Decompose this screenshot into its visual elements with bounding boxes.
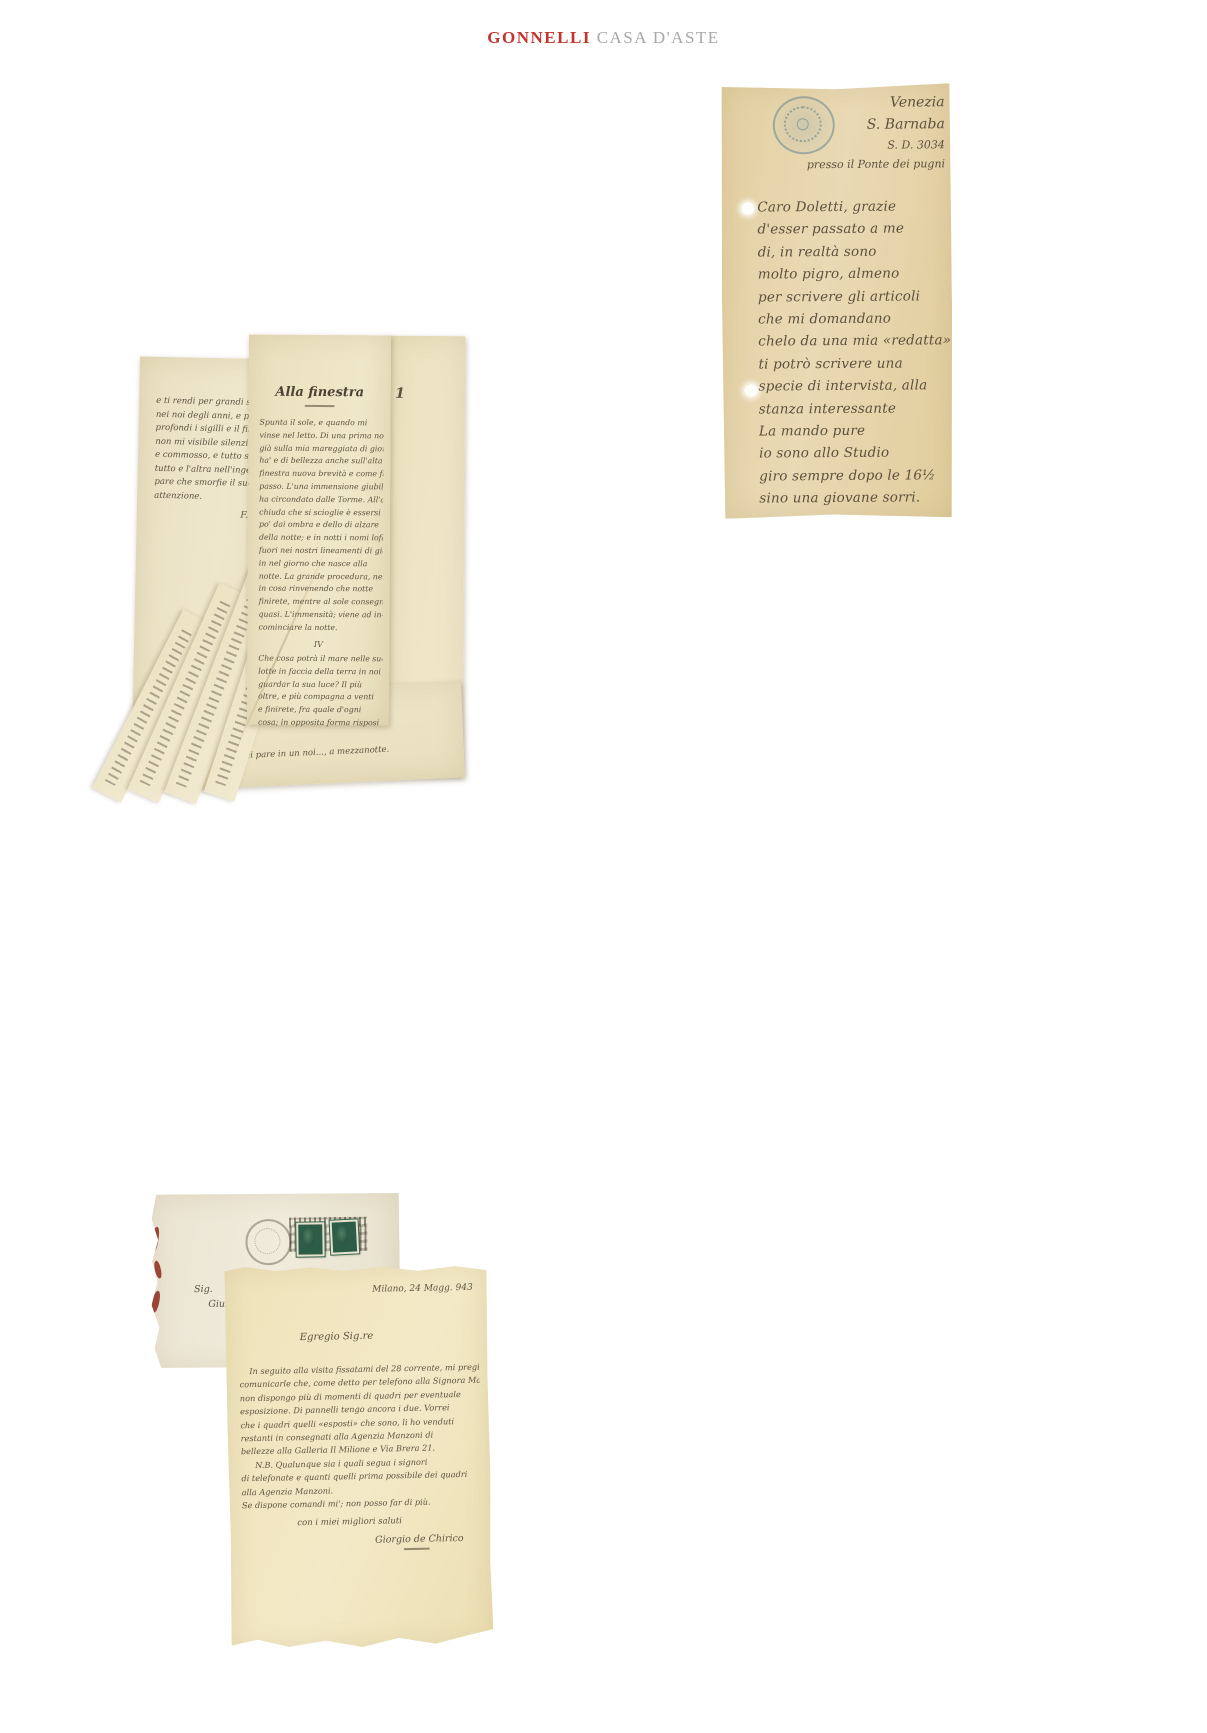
handwriting-line: chelo da una mia «redatta» [758, 330, 950, 354]
handwriting-line: ha' e di bellezza anche sull'alta [259, 455, 383, 468]
handwriting-line: La mando pure [759, 419, 951, 443]
handwriting-line: per scrivere gli articoli [758, 285, 950, 309]
wax-seal-trace [150, 1226, 160, 1253]
manuscript-paragraph-1: Spunta il sole, e quando mivinse nel let… [258, 417, 383, 635]
letter-closing: con i miei migliori saluti [297, 1516, 402, 1528]
handwriting-line: quasi. L'immensità; viene ad in- [259, 609, 383, 622]
handwriting-line: giro sempre dopo le 16½ [759, 464, 951, 488]
handwriting-line: di, in realtà sono [758, 240, 950, 264]
handwriting-line: ti potrò scrivere una [758, 352, 950, 376]
postmark-icon [245, 1219, 292, 1266]
punch-hole [741, 203, 754, 215]
letter-signature: Giorgio de Chirico [375, 1533, 464, 1546]
photo-manuscript-stack: e ti rendi per grandi sogninei noi degli… [128, 318, 468, 798]
handwriting-line: in cosa rinvenendo che notte [259, 583, 383, 596]
handwriting-line: Spunta il sole, e quando mi [260, 417, 384, 430]
handwriting-line: presso il Ponte dei pugni [807, 154, 945, 174]
handwriting-line: lotte in faccia della terra in noi [258, 665, 382, 678]
catalog-page: GONNELLI CASA D'ASTE VeneziaS. BarnabaS.… [0, 0, 1207, 1733]
handwriting-line: ha circondato dalle Torme. All'alba [259, 493, 383, 506]
handwriting-line: sino una giovane sorri. [759, 486, 951, 510]
handwriting-line: passo. L'una immensione giubili ed [259, 481, 383, 494]
brand-suffix: CASA D'ASTE [591, 28, 720, 47]
stamp-portrait [302, 1228, 314, 1246]
loose-sheet-line: dei pare in un noi..., a mezzanotte. [240, 745, 390, 762]
title-flourish [305, 405, 335, 407]
venice-body-lines: Caro Doletti, grazied'esser passato a me… [757, 195, 951, 510]
milan-body-lines: In seguito alla visita fissatami del 28 … [239, 1361, 482, 1513]
handwriting-line: d'esser passato a me [757, 218, 949, 242]
handwriting-line: S. D. 3034 [807, 135, 945, 155]
handwriting-line: Caro Doletti, grazie [757, 195, 949, 219]
handwriting-line: che mi domandano [758, 307, 950, 331]
manuscript-front-leaf: Alla finestra Spunta il sole, e quando m… [247, 335, 391, 726]
handwriting-line: della notte; e in notti i nomi lofa [259, 532, 383, 545]
brand-name: GONNELLI [487, 28, 591, 47]
handwriting-line: molto pigro, almeno [758, 262, 950, 286]
handwriting-line: oltre, e più compagna a venti [258, 691, 382, 704]
wax-seal-trace [153, 1260, 163, 1279]
signature-flourish [404, 1548, 430, 1550]
photo-milan-letter: Sig.Giuseppe Milano, 24 Magg. 943 Egregi… [135, 1085, 495, 1650]
handwriting-line: già sulla mia mareggiata di giorni, [259, 442, 383, 455]
handwriting-line: notte. La grande procedura, nei [259, 570, 383, 583]
handwriting-line: cominciare la notte. [258, 621, 382, 634]
photo-venice-letter: VeneziaS. BarnabaS. D. 3034presso il Pon… [655, 70, 960, 525]
handwriting-line: cosa; in opposita forma risposi [258, 717, 382, 730]
handwriting-line: chiuda che si scioglie è essersi un [259, 506, 383, 519]
handwriting-line: e finirete, fra quale d'ogni [258, 704, 382, 717]
venice-letterhead-lines: VeneziaS. BarnabaS. D. 3034presso il Pon… [806, 91, 945, 174]
manuscript-paragraph-2: Che cosa potrà il mare nelle suelotte in… [258, 653, 382, 730]
handwriting-line: guardar la sua luce? Il più [258, 678, 382, 691]
page-header: GONNELLI CASA D'ASTE [0, 28, 1207, 48]
handwriting-line: S. Barnaba [807, 113, 945, 136]
handwriting-line: finirete, mentre al sole consegnate [259, 596, 383, 609]
handwriting-line: specie di intervista, alla [759, 374, 951, 398]
handwriting-line: io sono allo Studio [759, 442, 951, 466]
punch-hole [745, 385, 758, 397]
postmark-inner-ring [254, 1228, 280, 1254]
handwriting-line: vinse nel letto. Di una prima notte, [259, 429, 383, 442]
handwriting-line: po' dai ombra e dello di alzare [259, 519, 383, 532]
letter-salutation: Egregio Sig.re [300, 1331, 374, 1343]
manuscript-title: Alla finestra [249, 385, 391, 401]
letter-dateline: Milano, 24 Magg. 943 [372, 1283, 473, 1295]
handwriting-line: stanza interessante [759, 397, 951, 421]
postage-stamp [296, 1222, 324, 1256]
handwriting-line: Venezia [806, 91, 944, 114]
stanza-divider: IV [247, 640, 389, 650]
milan-letter-paper: Milano, 24 Magg. 943 Egregio Sig.re In s… [224, 1263, 493, 1650]
venice-letter-paper: VeneziaS. BarnabaS. D. 3034presso il Pon… [720, 83, 953, 519]
wax-seal-trace [151, 1290, 161, 1313]
stamp-portrait [336, 1226, 349, 1245]
page-number: 1 [395, 386, 405, 402]
postage-stamp [330, 1219, 360, 1254]
handwriting-line: finestra nuova brevità e come fa il mio [259, 468, 383, 481]
